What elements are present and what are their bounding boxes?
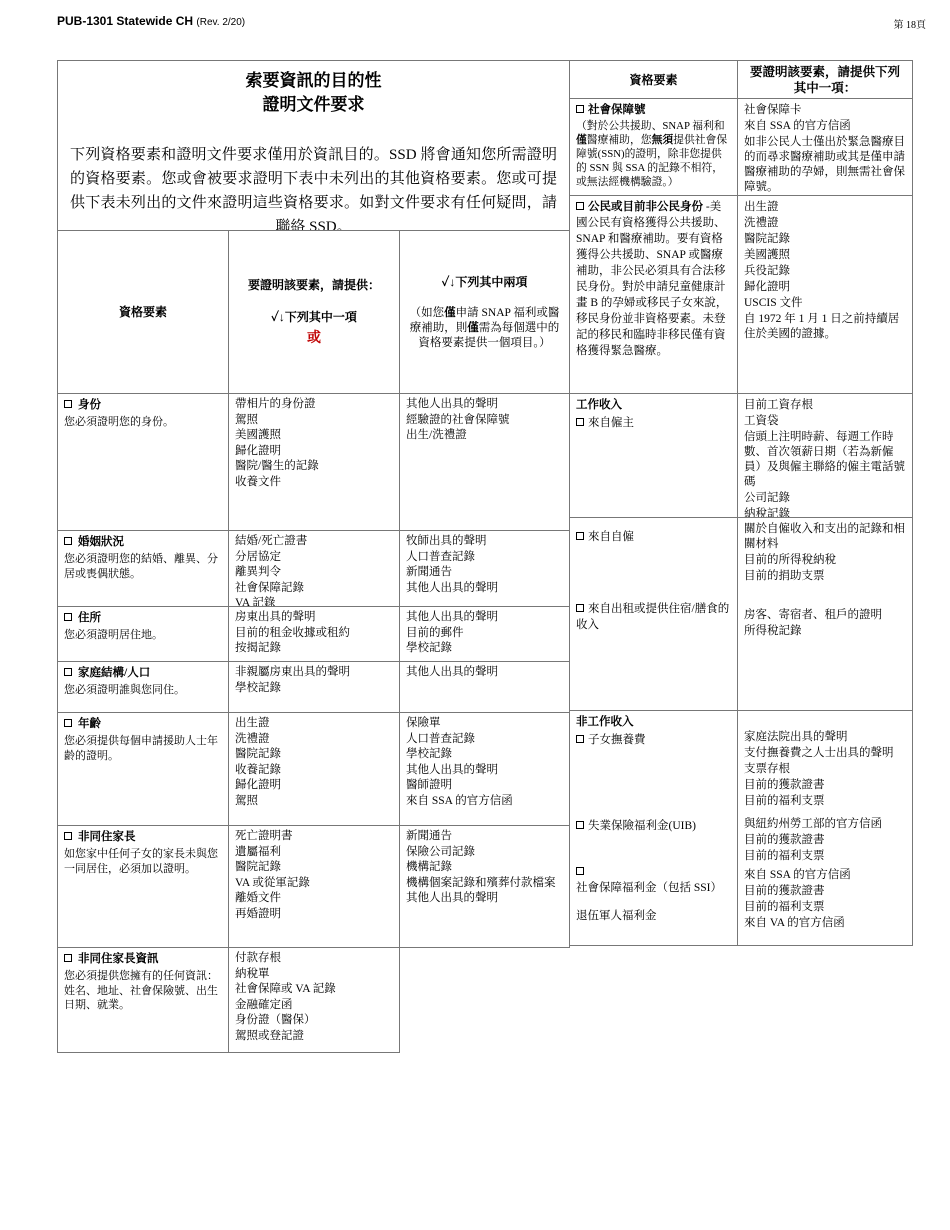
doc-item: 機構記錄 xyxy=(406,860,563,876)
residence-docs-two: 其他人出具的聲明目前的郵件學校記錄 xyxy=(400,607,570,662)
unearned-docs-cell: 家庭法院出具的聲明支付撫養費之人士出具的聲明支票存根目前的獲款證書目前的福利支票… xyxy=(738,711,913,946)
marital-desc: 您必須證明您的結婚、離異、分居或喪偶狀態。 xyxy=(64,552,222,581)
doc-item: 洗禮證 xyxy=(235,732,393,748)
checkbox-icon xyxy=(576,735,584,743)
earned-income-factor-cell: 工作收入 來自僱主 xyxy=(570,394,738,518)
doc-item: 遺屬福利 xyxy=(235,845,393,861)
doc-item: 學校記錄 xyxy=(235,681,393,697)
row-age: 年齡 您必須提供每個申請援助人士年齡的證明。 出生證洗禮證醫院記錄收養記錄歸化證… xyxy=(58,713,570,826)
doc-item: 社會保障卡 xyxy=(744,103,906,118)
right-header-row: 資格要素 要證明該要素，請提供下列其中一項： xyxy=(570,61,913,99)
identity-docs-two: 其他人出具的聲明經驗證的社會保障號出生/洗禮證 xyxy=(400,394,570,531)
doc-id-header: PUB-1301 Statewide CH (Rev. 2/20) xyxy=(57,14,245,28)
doc-item: 出生證 xyxy=(744,200,906,215)
doc-item: 目前的所得稅納稅 xyxy=(744,553,906,568)
doc-item: 學校記錄 xyxy=(406,641,563,657)
doc-item: 房客、寄宿者、租戶的證明 xyxy=(744,608,906,623)
self-employment-label: 來自自僱 xyxy=(588,531,634,543)
doc-item: 離婚文件 xyxy=(235,891,393,907)
residence-label: 住所 xyxy=(78,612,101,624)
ssn-note: （對於公共援助、SNAP 福利和僅醫療補助，您無須提供社會保障號(SSN)的證明… xyxy=(576,119,731,189)
checkbox-icon xyxy=(576,202,584,210)
household-desc: 您必須證明誰與您同住。 xyxy=(64,683,222,698)
doc-item: 帶相片的身份證 xyxy=(235,397,393,413)
doc-item: 其他人出具的聲明 xyxy=(406,581,563,597)
citizenship-factor-cell: 公民或目前非公民身份 -美國公民有資格獲得公共援助、SNAP 和醫療補助。要有資… xyxy=(570,196,738,394)
doc-item: 醫院記錄 xyxy=(235,860,393,876)
doc-title-line1: 索要資訊的目的性 xyxy=(70,69,557,93)
age-factor-cell: 年齡 您必須提供每個申請援助人士年齡的證明。 xyxy=(58,713,229,826)
text-segment: （如您 xyxy=(410,307,445,319)
doc-item: 新聞通告 xyxy=(406,565,563,581)
absent-parent-factor-cell: 非同住家長 如您家中任何子女的家長未與您一同居住，必須加以證明。 xyxy=(58,826,229,948)
doc-item: 其他人出具的聲明 xyxy=(406,397,563,413)
doc-item: 社會保障記錄 xyxy=(235,581,393,597)
doc-item: 身份證（醫保） xyxy=(235,1013,393,1029)
row-citizenship: 公民或目前非公民身份 -美國公民有資格獲得公共援助、SNAP 和醫療補助。要有資… xyxy=(570,196,913,394)
doc-item: 家庭法院出具的聲明 xyxy=(744,730,906,745)
doc-item: 醫院/醫生的記錄 xyxy=(235,459,393,475)
doc-item: 人口普查記錄 xyxy=(406,732,563,748)
doc-item: 付款存根 xyxy=(235,951,393,967)
unearned-income-header: 非工作收入 xyxy=(576,714,731,730)
text-segment: 僅 xyxy=(467,322,479,334)
left-header-row: 資格要素 要證明該要素，請提供： ✓↓下列其中一項 或 ✓↓下列其中兩項 （如您… xyxy=(58,231,570,394)
absent-parent-info-desc: 您必須提供您擁有的任何資訊：姓名、地址、社會保險號、出生日期、就業。 xyxy=(64,969,222,1013)
doc-item: 與紐約州勞工部的官方信函 xyxy=(744,817,906,832)
rental-income-docs: 房客、寄宿者、租戶的證明所得稅記錄 xyxy=(744,608,906,639)
doc-item: 其他人出具的聲明 xyxy=(406,610,563,626)
doc-item: 保險公司記錄 xyxy=(406,845,563,861)
checkbox-icon xyxy=(64,832,72,840)
absent-parent-info-label: 非同住家長資訊 xyxy=(78,953,159,965)
doc-item: USCIS 文件 xyxy=(744,296,906,311)
identity-factor-cell: 身份 您必須證明您的身份。 xyxy=(58,394,229,531)
doc-item: 信頭上注明時薪、每週工作時數、首次領薪日期（若為新僱員）及與僱主聯絡的僱主電話號… xyxy=(744,430,906,490)
doc-item: 非親屬房東出具的聲明 xyxy=(235,665,393,681)
title-row: 索要資訊的目的性 證明文件要求 下列資格要素和證明文件要求僅用於資訊目的。SSD… xyxy=(58,61,570,231)
one-of-line: ✓↓下列其中一項 xyxy=(271,309,357,325)
row-earned-income: 工作收入 來自僱主 目前工資存根工資袋信頭上注明時薪、每週工作時數、首次領薪日期… xyxy=(570,394,913,518)
marital-docs-one: 結婚/死亡證書分居協定離異判令社會保障記錄VA 記錄 xyxy=(229,531,400,607)
uib-docs: 與紐約州勞工部的官方信函目前的獲款證書目前的福利支票 xyxy=(744,817,906,864)
row-identity: 身份 您必須證明您的身份。 帶相片的身份證駕照美國護照歸化證明醫院/醫生的記錄收… xyxy=(58,394,570,531)
citizenship-label: 公民或目前非公民身份 xyxy=(588,201,703,213)
doc-item: 離異判令 xyxy=(235,565,393,581)
marital-docs-two: 牧師出具的聲明人口普查記錄新聞通告其他人出具的聲明 xyxy=(400,531,570,607)
doc-item: 人口普查記錄 xyxy=(406,550,563,566)
doc-item: 學校記錄 xyxy=(406,747,563,763)
row-absent-parent-info: 非同住家長資訊 您必須提供您擁有的任何資訊：姓名、地址、社會保險號、出生日期、就… xyxy=(58,948,400,1053)
rental-income-label: 來自出租或提供住宿/膳食的收入 xyxy=(576,603,729,631)
doc-item: 目前的獲款證書 xyxy=(744,778,906,793)
social-security-label: 社會保障福利金（包括 SSI） xyxy=(576,882,722,894)
doc-item: 目前工資存根 xyxy=(744,398,906,413)
row-residence: 住所 您必須證明居住地。 房東出具的聲明目前的租金收據或租約按揭記錄 其他人出具… xyxy=(58,607,570,662)
self-rental-docs-cell: 關於自僱收入和支出的記錄和相關材料目前的所得稅納稅目前的捐助支票 房客、寄宿者、… xyxy=(738,518,913,711)
title-cell: 索要資訊的目的性 證明文件要求 下列資格要素和證明文件要求僅用於資訊目的。SSD… xyxy=(58,61,570,231)
marital-label: 婚姻狀況 xyxy=(78,536,124,548)
checkbox-icon xyxy=(64,613,72,621)
text-segment: 僅 xyxy=(576,134,587,146)
checkbox-icon xyxy=(576,532,584,540)
col-header-eligibility-factor: 資格要素 xyxy=(58,231,229,394)
doc-item: 牧師出具的聲明 xyxy=(406,534,563,550)
checkbox-icon xyxy=(576,418,584,426)
doc-item: 納稅單 xyxy=(235,967,393,983)
doc-item: 其他人出具的聲明 xyxy=(406,891,563,907)
checkbox-icon xyxy=(576,604,584,612)
age-desc: 您必須提供每個申請援助人士年齡的證明。 xyxy=(64,734,222,763)
identity-label: 身份 xyxy=(78,399,101,411)
absent-parent-label: 非同住家長 xyxy=(78,831,136,843)
household-label: 家庭結構/人口 xyxy=(78,667,150,679)
doc-item: 其他人出具的聲明 xyxy=(406,665,563,681)
checkbox-icon xyxy=(576,821,584,829)
doc-item: 收養文件 xyxy=(235,475,393,491)
doc-item: 所得稅記錄 xyxy=(744,624,906,639)
doc-item: 醫院記錄 xyxy=(235,747,393,763)
checkbox-icon xyxy=(64,719,72,727)
social-security-va-docs: 來自 SSA 的官方信函目前的獲款證書目前的福利支票來自 VA 的官方信函 xyxy=(744,868,906,931)
employer-label: 來自僱主 xyxy=(588,417,634,429)
col-header-provide-one: 要證明該要素，請提供： ✓↓下列其中一項 或 xyxy=(229,231,400,394)
doc-item: 來自 VA 的官方信函 xyxy=(744,916,906,931)
text-segment: 僅 xyxy=(444,307,456,319)
absent-parent-desc: 如您家中任何子女的家長未與您一同居住，必須加以證明。 xyxy=(64,847,222,876)
residence-desc: 您必須證明居住地。 xyxy=(64,628,222,643)
earned-income-header: 工作收入 xyxy=(576,397,731,413)
checkbox-icon xyxy=(64,668,72,676)
doc-item: 工資袋 xyxy=(744,414,906,429)
page-number: 第 18頁 xyxy=(894,16,927,31)
doc-item: 關於自僱收入和支出的記錄和相關材料 xyxy=(744,522,906,552)
doc-item: 醫師證明 xyxy=(406,778,563,794)
age-label: 年齡 xyxy=(78,718,101,730)
eligibility-factor-table: 資格要素 要證明該要素，請提供下列其中一項： 社會保障號 （對於公共援助、SNA… xyxy=(570,60,913,946)
employer-docs: 目前工資存根工資袋信頭上注明時薪、每週工作時數、首次領薪日期（若為新僱員）及與僱… xyxy=(738,394,913,518)
veterans-benefits-label: 退伍軍人福利金 xyxy=(576,908,731,924)
doc-item: 目前的福利支票 xyxy=(744,849,906,864)
doc-item: 駕照或登記證 xyxy=(235,1029,393,1045)
doc-title: 索要資訊的目的性 證明文件要求 xyxy=(70,69,557,117)
doc-item: 歸化證明 xyxy=(235,444,393,460)
doc-item: 金融確定函 xyxy=(235,998,393,1014)
doc-item: 房東出具的聲明 xyxy=(235,610,393,626)
doc-item: 美國護照 xyxy=(744,248,906,263)
text-segment: （對於公共援助、SNAP 福利和 xyxy=(576,120,725,132)
self-employment-docs: 關於自僱收入和支出的記錄和相關材料目前的所得稅納稅目前的捐助支票 xyxy=(744,522,906,584)
doc-item: VA 或從軍記錄 xyxy=(235,876,393,892)
doc-item: 納稅記錄 xyxy=(744,507,906,518)
doc-id: PUB-1301 Statewide CH xyxy=(57,14,193,28)
doc-item: 歸化證明 xyxy=(235,778,393,794)
checkbox-icon xyxy=(64,954,72,962)
doc-item: 目前的獲款證書 xyxy=(744,833,906,848)
doc-item: 分居協定 xyxy=(235,550,393,566)
two-of-line: ✓↓下列其中兩項 xyxy=(442,274,528,290)
doc-item: 來自 SSA 的官方信函 xyxy=(744,119,906,134)
residence-factor-cell: 住所 您必須證明居住地。 xyxy=(58,607,229,662)
absent-parent-info-docs: 付款存根納稅單社會保障或 VA 記錄金融確定函身份證（醫保）駕照或登記證 xyxy=(229,948,400,1053)
doc-item: 目前的福利支票 xyxy=(744,794,906,809)
doc-item: 按揭記錄 xyxy=(235,641,393,657)
doc-item: 洗禮證 xyxy=(744,216,906,231)
ssn-label: 社會保障號 xyxy=(588,104,646,116)
unearned-income-factor-cell: 非工作收入 子女撫養費 失業保險福利金(UIB) 社會保障福利金（包括 SSI）… xyxy=(570,711,738,946)
intro-paragraph: 下列資格要素和證明文件要求僅用於資訊目的。SSD 將會通知您所需證明的資格要素。… xyxy=(70,143,557,231)
identity-docs-one: 帶相片的身份證駕照美國護照歸化證明醫院/醫生的記錄收養文件 xyxy=(229,394,400,531)
household-docs-one: 非親屬房東出具的聲明學校記錄 xyxy=(229,662,400,713)
doc-item: 死亡證明書 xyxy=(235,829,393,845)
doc-item: 收養記錄 xyxy=(235,763,393,779)
doc-item: 支票存根 xyxy=(744,762,906,777)
row-absent-parent: 非同住家長 如您家中任何子女的家長未與您一同居住，必須加以證明。 死亡證明書遺屬… xyxy=(58,826,570,948)
uib-label: 失業保險福利金(UIB) xyxy=(588,820,696,832)
doc-title-line2: 證明文件要求 xyxy=(70,93,557,117)
doc-item: 目前的福利支票 xyxy=(744,900,906,915)
citizenship-docs: 出生證洗禮證醫院記錄美國護照兵役記錄歸化證明USCIS 文件自 1972 年 1… xyxy=(738,196,913,394)
doc-item: 機構個案記錄和殯葬付款檔案 xyxy=(406,876,563,892)
snap-only-note: （如您僅申請 SNAP 福利或醫療補助，則僅需為每個選中的資格要素提供一個項目。… xyxy=(406,306,563,351)
text-segment: 無須 xyxy=(652,134,674,146)
doc-item: 出生證 xyxy=(235,716,393,732)
doc-item: 支付撫養費之人士出具的聲明 xyxy=(744,746,906,761)
household-factor-cell: 家庭結構/人口 您必須證明誰與您同住。 xyxy=(58,662,229,713)
doc-item: 醫院記錄 xyxy=(744,232,906,247)
doc-item: 如非公民人士僅出於緊急醫療目的而尋求醫療補助或其是僅申請醫療補助的孕婦，則無需社… xyxy=(744,135,906,195)
absent-parent-info-factor-cell: 非同住家長資訊 您必須提供您擁有的任何資訊：姓名、地址、社會保險號、出生日期、就… xyxy=(58,948,229,1053)
absent-parent-docs-one: 死亡證明書遺屬福利醫院記錄VA 或從軍記錄離婚文件再婚證明 xyxy=(229,826,400,948)
child-support-docs: 家庭法院出具的聲明支付撫養費之人士出具的聲明支票存根目前的獲款證書目前的福利支票 xyxy=(744,730,906,809)
doc-revision: (Rev. 2/20) xyxy=(196,17,245,28)
child-support-label: 子女撫養費 xyxy=(588,734,646,746)
absent-parent-docs-two: 新聞通告保險公司記錄機構記錄機構個案記錄和殯葬付款檔案其他人出具的聲明 xyxy=(400,826,570,948)
text-segment: 醫療補助，您 xyxy=(587,134,652,146)
identity-desc: 您必須證明您的身份。 xyxy=(64,415,222,430)
doc-item: 來自 SSA 的官方信函 xyxy=(744,868,906,883)
row-household-composition: 家庭結構/人口 您必須證明誰與您同住。 非親屬房東出具的聲明學校記錄 其他人出具… xyxy=(58,662,570,713)
doc-item: 目前的租金收據或租約 xyxy=(235,626,393,642)
residence-docs-one: 房東出具的聲明目前的租金收據或租約按揭記錄 xyxy=(229,607,400,662)
doc-item: VA 記錄 xyxy=(235,596,393,607)
doc-item: 駕照 xyxy=(235,794,393,810)
col-header-provide-two: ✓↓下列其中兩項 （如您僅申請 SNAP 福利或醫療補助，則僅需為每個選中的資格… xyxy=(400,231,570,394)
checkbox-icon xyxy=(576,867,584,875)
doc-item: 歸化證明 xyxy=(744,280,906,295)
or-label: 或 xyxy=(307,331,321,347)
ssn-docs: 社會保障卡來自 SSA 的官方信函如非公民人士僅出於緊急醫療目的而尋求醫療補助或… xyxy=(738,99,913,196)
doc-item: 公司記錄 xyxy=(744,491,906,506)
household-docs-two: 其他人出具的聲明 xyxy=(400,662,570,713)
row-unearned-income: 非工作收入 子女撫養費 失業保險福利金(UIB) 社會保障福利金（包括 SSI）… xyxy=(570,711,913,946)
doc-item: 美國護照 xyxy=(235,428,393,444)
checkbox-icon xyxy=(64,537,72,545)
doc-item: 駕照 xyxy=(235,413,393,429)
provide-line: 要證明該要素，請提供： xyxy=(248,277,380,293)
doc-item: 再婚證明 xyxy=(235,907,393,923)
doc-item: 目前的獲款證書 xyxy=(744,884,906,899)
doc-item: 目前的捐助支票 xyxy=(744,569,906,584)
doc-item: 自 1972 年 1 月 1 日之前持續居住於美國的證據。 xyxy=(744,312,906,342)
purpose-documentation-table: 索要資訊的目的性 證明文件要求 下列資格要素和證明文件要求僅用於資訊目的。SSD… xyxy=(57,60,570,1053)
doc-item: 保險單 xyxy=(406,716,563,732)
doc-item: 目前的郵件 xyxy=(406,626,563,642)
doc-item: 兵役記錄 xyxy=(744,264,906,279)
marital-factor-cell: 婚姻狀況 您必須證明您的結婚、離異、分居或喪偶狀態。 xyxy=(58,531,229,607)
row-self-employment-rental: 來自自僱 來自出租或提供住宿/膳食的收入 關於自僱收入和支出的記錄和相關材料目前… xyxy=(570,518,913,711)
citizenship-desc: -美國公民有資格獲得公共援助、SNAP 和醫療補助。要有資格獲得公共援助、SNA… xyxy=(576,201,727,357)
doc-item: 出生/洗禮證 xyxy=(406,428,563,444)
doc-item: 社會保障或 VA 記錄 xyxy=(235,982,393,998)
right-col-header-factor: 資格要素 xyxy=(570,61,738,99)
age-docs-two: 保險單人口普查記錄學校記錄其他人出具的聲明醫師證明來自 SSA 的官方信函 xyxy=(400,713,570,826)
ssn-factor-cell: 社會保障號 （對於公共援助、SNAP 福利和僅醫療補助，您無須提供社會保障號(S… xyxy=(570,99,738,196)
doc-item: 來自 SSA 的官方信函 xyxy=(406,794,563,810)
checkbox-icon xyxy=(64,400,72,408)
self-rental-factor-cell: 來自自僱 來自出租或提供住宿/膳食的收入 xyxy=(570,518,738,711)
age-docs-one: 出生證洗禮證醫院記錄收養記錄歸化證明駕照 xyxy=(229,713,400,826)
doc-item: 新聞通告 xyxy=(406,829,563,845)
row-ssn: 社會保障號 （對於公共援助、SNAP 福利和僅醫療補助，您無須提供社會保障號(S… xyxy=(570,99,913,196)
right-col-header-provide: 要證明該要素，請提供下列其中一項： xyxy=(738,61,913,99)
doc-item: 結婚/死亡證書 xyxy=(235,534,393,550)
doc-item: 其他人出具的聲明 xyxy=(406,763,563,779)
doc-item: 經驗證的社會保障號 xyxy=(406,413,563,429)
row-marital-status: 婚姻狀況 您必須證明您的結婚、離異、分居或喪偶狀態。 結婚/死亡證書分居協定離異… xyxy=(58,531,570,607)
checkbox-icon xyxy=(576,105,584,113)
